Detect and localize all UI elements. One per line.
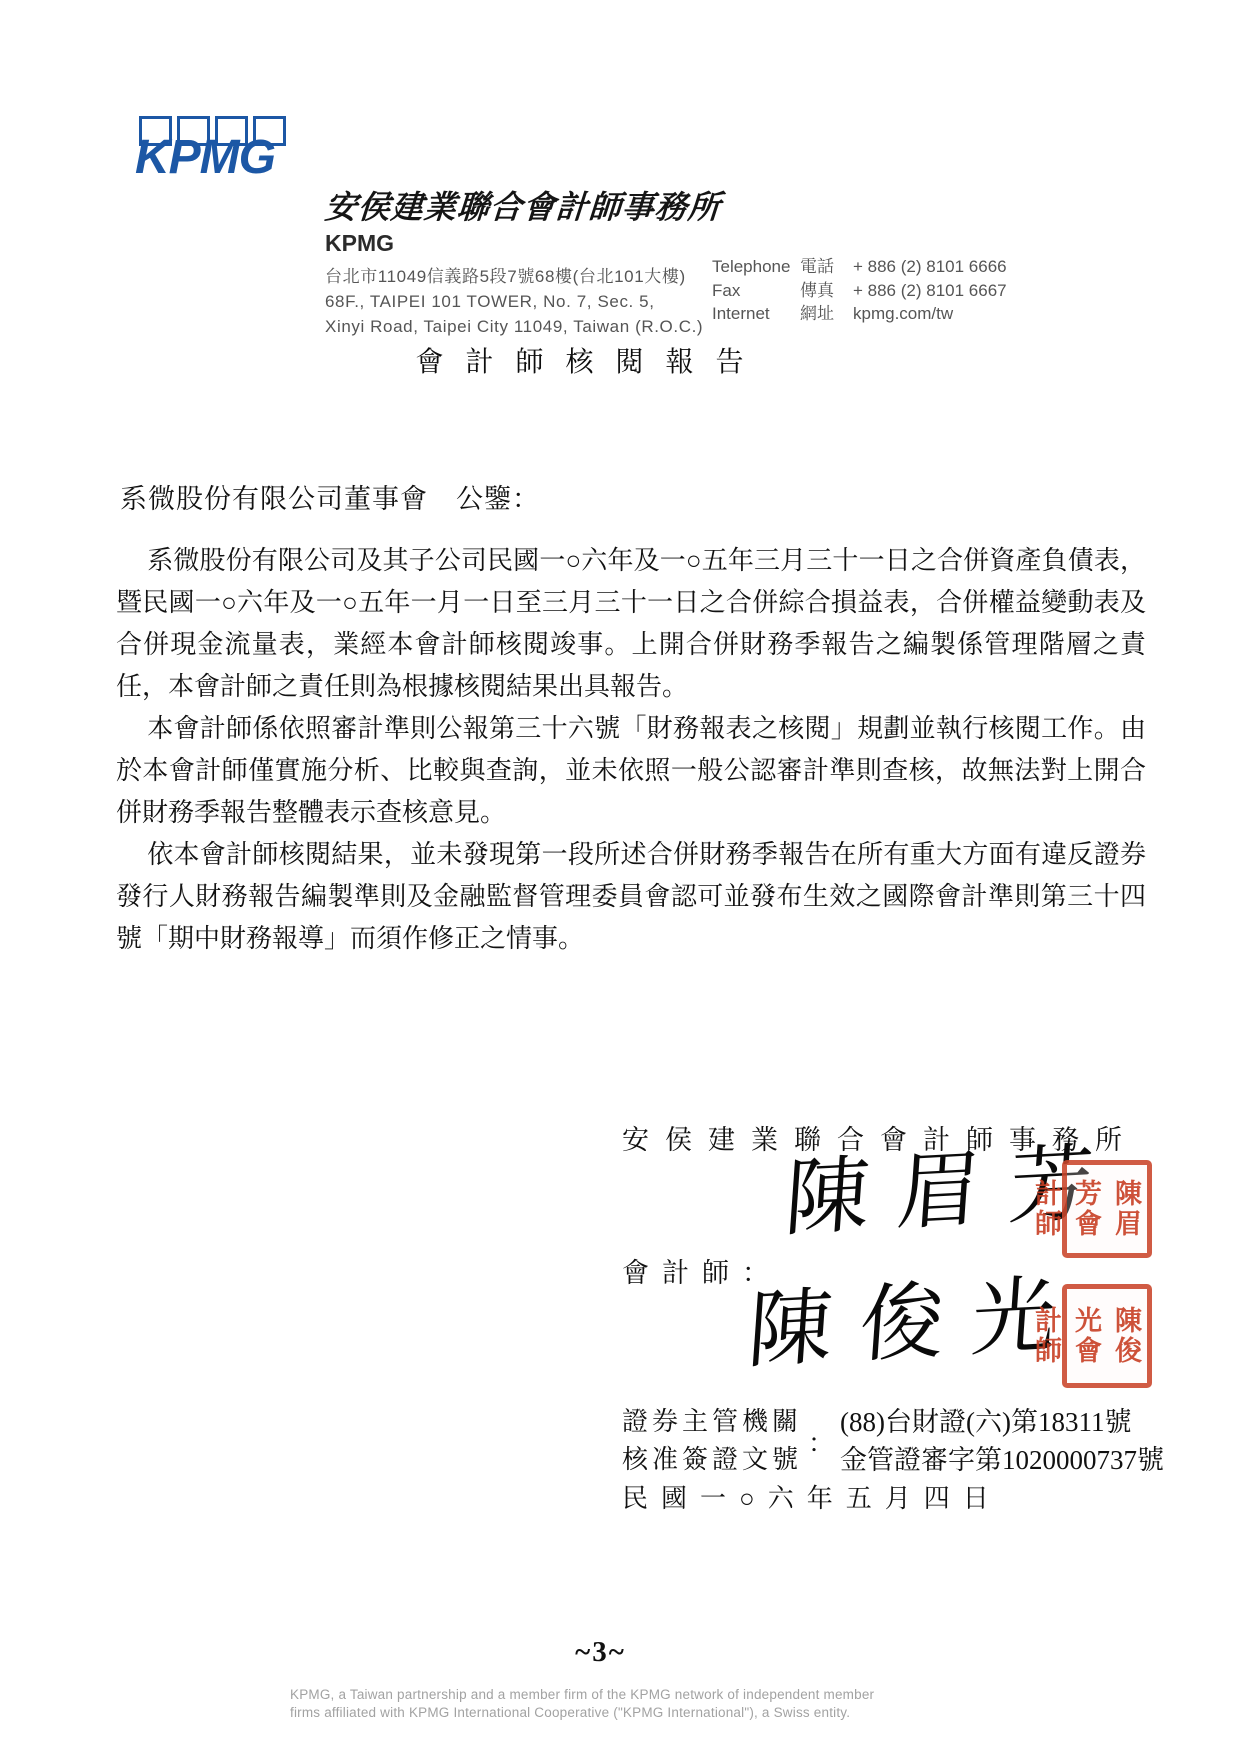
paragraph-2: 本會計師係依照審計準則公報第三十六號「財務報表之核閱」規劃並執行核閱工作。由於本… — [116, 708, 1146, 834]
approval-value-line1: (88)台財證(六)第18311號 — [840, 1403, 1164, 1441]
address-chinese: 台北市11049信義路5段7號68樓(台北101大樓) — [325, 262, 725, 287]
internet-value: kpmg.com/tw — [853, 302, 953, 326]
report-title: 會計師核閱報告 — [0, 340, 1181, 380]
approval-value-line2: 金管證審字第1020000737號 — [840, 1441, 1164, 1479]
fax-row: Fax 傳真 + 886 (2) 8101 6667 — [712, 279, 1007, 303]
contact-info: Telephone 電話 + 886 (2) 8101 6666 Fax 傳真 … — [712, 255, 1007, 326]
fax-label-en: Fax — [712, 279, 800, 303]
paragraph-3: 依本會計師核閱結果，並未發現第一段所述合併財務季報告在所有重大方面有違反證券發行… — [116, 834, 1146, 960]
firm-name-calligraphy: 安侯建業聯合會計師事務所 — [323, 182, 726, 228]
approval-label-line1: 證券主管機關 — [622, 1403, 802, 1441]
disclaimer-line2: firms affiliated with KPMG International… — [290, 1704, 874, 1722]
address-english-line1: 68F., TAIPEI 101 TOWER, No. 7, Sec. 5, — [325, 292, 725, 312]
approval-document-numbers: 證券主管機關 核准簽證文號 ： (88)台財證(六)第18311號 金管證審字第… — [622, 1403, 1164, 1479]
internet-label-zh: 網址 — [800, 302, 853, 326]
review-report-page: KPMG 安侯建業聯合會計師事務所 KPMG 台北市11049信義路5段7號68… — [0, 0, 1241, 1754]
address-english-line2: Xinyi Road, Taipei City 11049, Taiwan (R… — [325, 317, 725, 337]
kpmg-logo: KPMG — [135, 116, 286, 185]
seal-chen-meifang: 陳眉芳會計師 — [1062, 1160, 1152, 1258]
telephone-label-zh: 電話 — [800, 255, 853, 279]
firm-short-name: KPMG — [325, 230, 725, 257]
approval-values: (88)台財證(六)第18311號 金管證審字第1020000737號 — [840, 1403, 1164, 1479]
seal-chen-junguang: 陳俊光會計師 — [1062, 1284, 1152, 1388]
approval-labels: 證券主管機關 核准簽證文號 — [622, 1403, 802, 1479]
kpmg-logo-text: KPMG — [135, 130, 286, 185]
telephone-value: + 886 (2) 8101 6666 — [853, 255, 1007, 279]
approval-label-line2: 核准簽證文號 — [622, 1441, 802, 1479]
telephone-row: Telephone 電話 + 886 (2) 8101 6666 — [712, 255, 1007, 279]
fax-label-zh: 傳真 — [800, 279, 853, 303]
fax-value: + 886 (2) 8101 6667 — [853, 279, 1007, 303]
report-body: 系微股份有限公司及其子公司民國一○六年及一○五年三月三十一日之合併資產負債表，暨… — [116, 540, 1146, 960]
kpmg-disclaimer: KPMG, a Taiwan partnership and a member … — [290, 1686, 874, 1721]
internet-label-en: Internet — [712, 302, 800, 326]
report-date: 民國一○六年五月四日 — [622, 1478, 1002, 1515]
salutation: 系微股份有限公司董事會 公鑒： — [120, 477, 540, 516]
internet-row: Internet 網址 kpmg.com/tw — [712, 302, 1007, 326]
letterhead: 安侯建業聯合會計師事務所 KPMG 台北市11049信義路5段7號68樓(台北1… — [325, 182, 725, 337]
page-number: ~3~ — [0, 1636, 1201, 1669]
approval-colon: ： — [808, 1423, 834, 1460]
paragraph-1: 系微股份有限公司及其子公司民國一○六年及一○五年三月三十一日之合併資產負債表，暨… — [116, 540, 1146, 708]
accountant-label: 會計師： — [622, 1251, 782, 1290]
disclaimer-line1: KPMG, a Taiwan partnership and a member … — [290, 1686, 874, 1704]
telephone-label-en: Telephone — [712, 255, 800, 279]
